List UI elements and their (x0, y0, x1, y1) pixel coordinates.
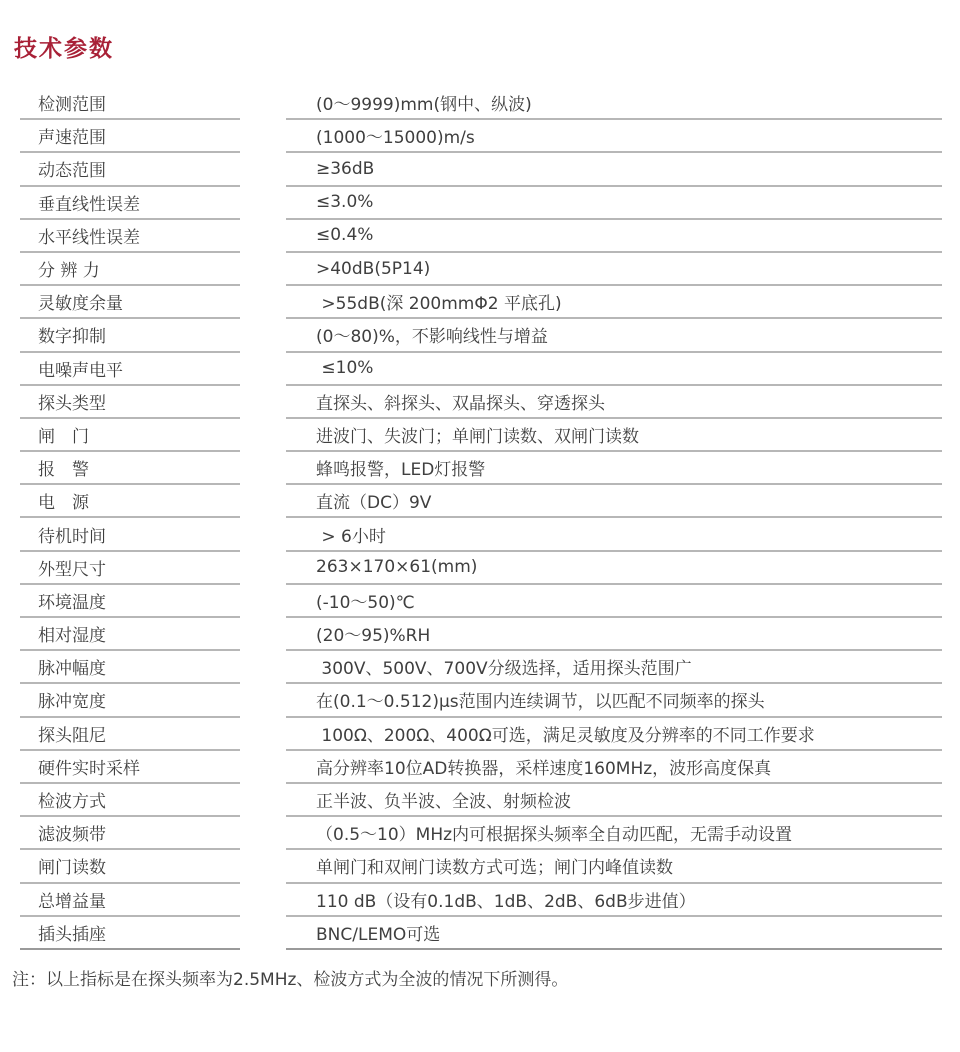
table-row: 灵敏度余量 >55dB(深 200mmΦ2 平底孔) (20, 286, 942, 319)
spec-label: 垂直线性误差 (20, 187, 240, 220)
column-gap (240, 120, 286, 153)
spec-value: > 6小时 (286, 518, 942, 551)
spec-label: 脉冲宽度 (20, 684, 240, 717)
spec-label: 动态范围 (20, 153, 240, 186)
spec-label: 插头插座 (20, 917, 240, 950)
spec-value: 在(0.1～0.512)μs范围内连续调节，以匹配不同频率的探头 (286, 684, 942, 717)
column-gap (240, 684, 286, 717)
column-gap (240, 751, 286, 784)
spec-value: >55dB(深 200mmΦ2 平底孔) (286, 286, 942, 319)
table-row: 检测范围 (0～9999)mm(钢中、纵波) (20, 87, 942, 120)
column-gap (240, 386, 286, 419)
table-row: 检波方式 正半波、负半波、全波、射频检波 (20, 784, 942, 817)
column-gap (240, 353, 286, 386)
spec-value: (-10～50)℃ (286, 585, 942, 618)
spec-label: 外型尺寸 (20, 552, 240, 585)
spec-value: 100Ω、200Ω、400Ω可选，满足灵敏度及分辨率的不同工作要求 (286, 718, 942, 751)
spec-value: ≤3.0% (286, 187, 942, 220)
table-row: 闸门读数 单闸门和双闸门读数方式可选；闸门内峰值读数 (20, 850, 942, 883)
table-row: 报 警 蜂鸣报警，LED灯报警 (20, 452, 942, 485)
table-row: 相对湿度 (20～95)%RH (20, 618, 942, 651)
column-gap (240, 917, 286, 950)
spec-label: 灵敏度余量 (20, 286, 240, 319)
column-gap (240, 884, 286, 917)
spec-value: >40dB(5P14) (286, 253, 942, 286)
table-row: 待机时间 > 6小时 (20, 518, 942, 551)
spec-value: 263×170×61(mm) (286, 552, 942, 585)
spec-value: 直流（DC）9V (286, 485, 942, 518)
spec-value: 蜂鸣报警，LED灯报警 (286, 452, 942, 485)
spec-label: 声速范围 (20, 120, 240, 153)
spec-value: ≥36dB (286, 153, 942, 186)
spec-value: 直探头、斜探头、双晶探头、穿透探头 (286, 386, 942, 419)
spec-label: 电 源 (20, 485, 240, 518)
spec-label: 电噪声电平 (20, 353, 240, 386)
spec-label: 数字抑制 (20, 319, 240, 352)
table-row: 探头阻尼 100Ω、200Ω、400Ω可选，满足灵敏度及分辨率的不同工作要求 (20, 718, 942, 751)
column-gap (240, 419, 286, 452)
table-row: 闸 门 进波门、失波门；单闸门读数、双闸门读数 (20, 419, 942, 452)
table-row: 探头类型 直探头、斜探头、双晶探头、穿透探头 (20, 386, 942, 419)
table-row: 滤波频带 （0.5～10）MHz内可根据探头频率全自动匹配，无需手动设置 (20, 817, 942, 850)
table-row: 环境温度 (-10～50)℃ (20, 585, 942, 618)
column-gap (240, 585, 286, 618)
spec-value: 300V、500V、700V分级选择，适用探头范围广 (286, 651, 942, 684)
spec-value: (20～95)%RH (286, 618, 942, 651)
column-gap (240, 718, 286, 751)
spec-label: 报 警 (20, 452, 240, 485)
table-row: 总增益量 110 dB（设有0.1dB、1dB、2dB、6dB步进值） (20, 884, 942, 917)
spec-value: （0.5～10）MHz内可根据探头频率全自动匹配，无需手动设置 (286, 817, 942, 850)
column-gap (240, 651, 286, 684)
table-row: 分 辨 力 >40dB(5P14) (20, 253, 942, 286)
table-row: 硬件实时采样 高分辨率10位AD转换器，采样速度160MHz，波形高度保真 (20, 751, 942, 784)
page-title: 技术参数 (14, 30, 960, 63)
spec-label: 闸门读数 (20, 850, 240, 883)
spec-value: ≤10% (286, 353, 942, 386)
spec-value: 进波门、失波门；单闸门读数、双闸门读数 (286, 419, 942, 452)
table-row: 垂直线性误差 ≤3.0% (20, 187, 942, 220)
column-gap (240, 817, 286, 850)
spec-label: 水平线性误差 (20, 220, 240, 253)
column-gap (240, 485, 286, 518)
spec-label: 探头阻尼 (20, 718, 240, 751)
column-gap (240, 552, 286, 585)
column-gap (240, 319, 286, 352)
table-row: 电 源 直流（DC）9V (20, 485, 942, 518)
spec-label: 分 辨 力 (20, 253, 240, 286)
column-gap (240, 618, 286, 651)
table-row: 插头插座 BNC/LEMO可选 (20, 917, 942, 950)
spec-value: (1000～15000)m/s (286, 120, 942, 153)
spec-label: 探头类型 (20, 386, 240, 419)
table-row: 外型尺寸 263×170×61(mm) (20, 552, 942, 585)
spec-label: 闸 门 (20, 419, 240, 452)
spec-value: 高分辨率10位AD转换器，采样速度160MHz，波形高度保真 (286, 751, 942, 784)
spec-value: 正半波、负半波、全波、射频检波 (286, 784, 942, 817)
column-gap (240, 153, 286, 186)
column-gap (240, 286, 286, 319)
spec-label: 硬件实时采样 (20, 751, 240, 784)
spec-label: 总增益量 (20, 884, 240, 917)
column-gap (240, 220, 286, 253)
spec-table: 检测范围 (0～9999)mm(钢中、纵波) 声速范围 (1000～15000)… (20, 87, 942, 950)
spec-label: 脉冲幅度 (20, 651, 240, 684)
table-row: 脉冲幅度 300V、500V、700V分级选择，适用探头范围广 (20, 651, 942, 684)
table-row: 电噪声电平 ≤10% (20, 353, 942, 386)
table-row: 脉冲宽度 在(0.1～0.512)μs范围内连续调节，以匹配不同频率的探头 (20, 684, 942, 717)
spec-value: (0～9999)mm(钢中、纵波) (286, 87, 942, 120)
column-gap (240, 784, 286, 817)
column-gap (240, 253, 286, 286)
table-row: 数字抑制 (0～80)%，不影响线性与增益 (20, 319, 942, 352)
table-row: 动态范围 ≥36dB (20, 153, 942, 186)
footnote: 注：以上指标是在探头频率为2.5MHz、检波方式为全波的情况下所测得。 (12, 965, 960, 990)
column-gap (240, 187, 286, 220)
spec-label: 检波方式 (20, 784, 240, 817)
column-gap (240, 452, 286, 485)
spec-value: 单闸门和双闸门读数方式可选；闸门内峰值读数 (286, 850, 942, 883)
spec-value: (0～80)%，不影响线性与增益 (286, 319, 942, 352)
spec-value: 110 dB（设有0.1dB、1dB、2dB、6dB步进值） (286, 884, 942, 917)
table-row: 水平线性误差 ≤0.4% (20, 220, 942, 253)
column-gap (240, 850, 286, 883)
spec-value: ≤0.4% (286, 220, 942, 253)
spec-label: 相对湿度 (20, 618, 240, 651)
spec-label: 待机时间 (20, 518, 240, 551)
spec-value: BNC/LEMO可选 (286, 917, 942, 950)
column-gap (240, 518, 286, 551)
spec-label: 环境温度 (20, 585, 240, 618)
column-gap (240, 87, 286, 120)
table-row: 声速范围 (1000～15000)m/s (20, 120, 942, 153)
spec-label: 检测范围 (20, 87, 240, 120)
spec-label: 滤波频带 (20, 817, 240, 850)
